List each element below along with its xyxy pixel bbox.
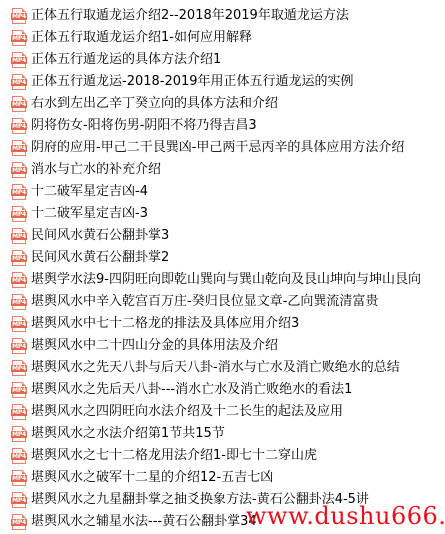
file-item[interactable]: MP4 民间风水黄石公翻卦掌2 — [0, 247, 445, 269]
mp4-file-icon: MP4 — [11, 52, 27, 68]
mp4-file-icon: MP4 — [11, 426, 27, 442]
file-name: 消水与亡水的补充介绍 — [31, 159, 161, 181]
file-name: 堪舆风水中二十四山分金的具体用法及介绍 — [31, 335, 278, 357]
file-item[interactable]: MP4 堪舆风水中辛入乾宫百万庄-癸归艮位显文章-乙向巽流清富贵 — [0, 291, 445, 313]
mp4-file-icon: MP4 — [11, 360, 27, 376]
file-name: 右水到左出乙辛丁癸立向的具体方法和介绍 — [31, 93, 278, 115]
file-name: 堪舆风水之先后天八卦---消水亡水及消亡败绝水的看法1 — [31, 379, 352, 401]
mp4-file-icon: MP4 — [11, 272, 27, 288]
file-item[interactable]: MP4 十二破军星定吉凶-3 — [0, 203, 445, 225]
mp4-file-icon: MP4 — [11, 184, 27, 200]
file-name: 堪舆风水之水法介绍第1节共15节 — [31, 423, 225, 445]
file-item[interactable]: MP4 正体五行取遁龙运介绍1-如何应用解释 — [0, 27, 445, 49]
file-item[interactable]: MP4 堪舆风水之先后天八卦---消水亡水及消亡败绝水的看法1 — [0, 379, 445, 401]
file-item[interactable]: MP4 堪舆风水之水法介绍第1节共15节 — [0, 423, 445, 445]
file-item[interactable]: MP4 堪舆风水之四阴旺向水法介绍及十二长生的起法及应用 — [0, 401, 445, 423]
file-item[interactable]: MP4 右水到左出乙辛丁癸立向的具体方法和介绍 — [0, 93, 445, 115]
mp4-file-icon: MP4 — [11, 492, 27, 508]
mp4-file-icon: MP4 — [11, 514, 27, 530]
file-item[interactable]: MP4 阴府的应用-甲己二干艮巽凶-甲己两干忌丙辛的具体应用方法介绍 — [0, 137, 445, 159]
mp4-file-icon: MP4 — [11, 294, 27, 310]
file-item[interactable]: MP4 十二破军星定吉凶-4 — [0, 181, 445, 203]
file-name: 正体五行取遁龙运介绍1-如何应用解释 — [31, 27, 252, 49]
file-name: 堪舆风水之四阴旺向水法介绍及十二长生的起法及应用 — [31, 401, 343, 423]
file-name: 堪舆风水之辅星水法---黄石公翻卦掌34 — [31, 511, 257, 533]
file-item[interactable]: MP4 正体五行取遁龙运介绍2--2018年2019年取遁龙运方法 — [0, 5, 445, 27]
mp4-file-icon: MP4 — [11, 8, 27, 24]
mp4-file-icon: MP4 — [11, 162, 27, 178]
mp4-file-icon: MP4 — [11, 382, 27, 398]
file-name: 正体五行遁龙运的具体方法介绍1 — [31, 49, 221, 71]
file-item[interactable]: MP4 堪舆风水之先天八卦与后天八卦-消水与亡水及消亡败绝水的总结 — [0, 357, 445, 379]
file-name: 堪舆风水之先天八卦与后天八卦-消水与亡水及消亡败绝水的总结 — [31, 357, 400, 379]
file-name: 堪舆风水之破军十二星的介绍12-五吉七凶 — [31, 467, 273, 489]
mp4-file-icon: MP4 — [11, 140, 27, 156]
file-name: 阴将伤女-阳将伤男-阴阳不将乃得吉昌3 — [31, 115, 257, 137]
file-item[interactable]: MP4 消水与亡水的补充介绍 — [0, 159, 445, 181]
mp4-file-icon: MP4 — [11, 30, 27, 46]
file-name: 民间风水黄石公翻卦掌3 — [31, 225, 169, 247]
mp4-file-icon: MP4 — [11, 228, 27, 244]
file-item[interactable]: MP4 正体五行遁龙运-2018-2019年用正体五行遁龙运的实例 — [0, 71, 445, 93]
file-name: 十二破军星定吉凶-3 — [31, 203, 148, 225]
file-name: 堪舆学水法9-四阴旺向即乾山巽向与巽山乾向及艮山坤向与坤山艮向 — [31, 269, 421, 291]
file-name: 民间风水黄石公翻卦掌2 — [31, 247, 169, 269]
mp4-file-icon: MP4 — [11, 338, 27, 354]
mp4-file-icon: MP4 — [11, 470, 27, 486]
file-item[interactable]: MP4 阴将伤女-阳将伤男-阴阳不将乃得吉昌3 — [0, 115, 445, 137]
file-name: 堪舆风水中七十二格龙的排法及具体应用介绍3 — [31, 313, 299, 335]
file-item[interactable]: MP4 民间风水黄石公翻卦掌3 — [0, 225, 445, 247]
file-list: MP4 正体五行取遁龙运介绍2--2018年2019年取遁龙运方法 MP4 正体… — [0, 5, 445, 533]
mp4-file-icon: MP4 — [11, 316, 27, 332]
file-name: 堪舆风水之七十二格龙用法介绍1-即七十二穿山虎 — [31, 445, 317, 467]
mp4-file-icon: MP4 — [11, 118, 27, 134]
mp4-file-icon: MP4 — [11, 404, 27, 420]
file-name: 堪舆风水中辛入乾宫百万庄-癸归艮位显文章-乙向巽流清富贵 — [31, 291, 378, 313]
file-name: 正体五行遁龙运-2018-2019年用正体五行遁龙运的实例 — [31, 71, 354, 93]
file-name: 正体五行取遁龙运介绍2--2018年2019年取遁龙运方法 — [31, 5, 349, 27]
file-item[interactable]: MP4 堪舆风水之七十二格龙用法介绍1-即七十二穿山虎 — [0, 445, 445, 467]
file-item[interactable]: MP4 堪舆风水之破军十二星的介绍12-五吉七凶 — [0, 467, 445, 489]
mp4-file-icon: MP4 — [11, 250, 27, 266]
file-item[interactable]: MP4 正体五行遁龙运的具体方法介绍1 — [0, 49, 445, 71]
watermark-text: www.dushu666.top — [246, 502, 445, 530]
file-item[interactable]: MP4 堪舆风水中二十四山分金的具体用法及介绍 — [0, 335, 445, 357]
file-item[interactable]: MP4 堪舆风水中七十二格龙的排法及具体应用介绍3 — [0, 313, 445, 335]
mp4-file-icon: MP4 — [11, 206, 27, 222]
mp4-file-icon: MP4 — [11, 96, 27, 112]
mp4-file-icon: MP4 — [11, 448, 27, 464]
file-item[interactable]: MP4 堪舆学水法9-四阴旺向即乾山巽向与巽山乾向及艮山坤向与坤山艮向 — [0, 269, 445, 291]
file-name: 十二破军星定吉凶-4 — [31, 181, 148, 203]
mp4-file-icon: MP4 — [11, 74, 27, 90]
file-name: 阴府的应用-甲己二干艮巽凶-甲己两干忌丙辛的具体应用方法介绍 — [31, 137, 404, 159]
